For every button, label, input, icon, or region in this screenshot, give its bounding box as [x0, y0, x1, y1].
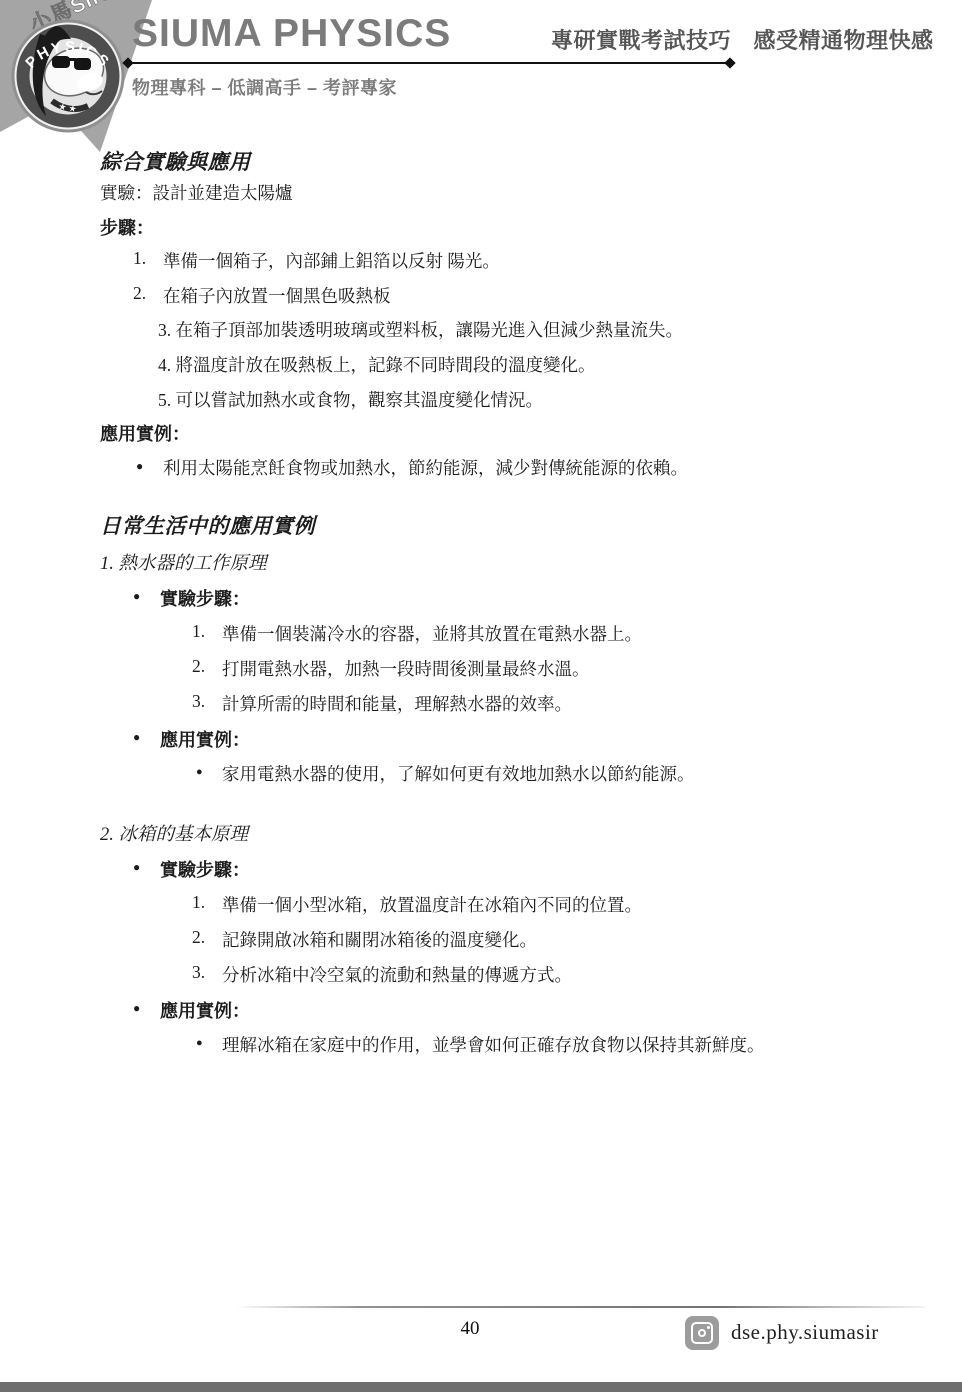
refrigerator-step-3: 3. 分析冰箱中冷空氣的流動和熱量的傳遞方式。 [0, 962, 962, 990]
section-title-daily: 日常生活中的應用實例 [0, 510, 962, 538]
instagram-icon [685, 1316, 719, 1350]
section-heading: 日常生活中的應用實例 [100, 510, 315, 540]
list-number: 1. [192, 621, 205, 642]
header-divider [128, 62, 730, 64]
bullet-icon: ● [133, 1001, 140, 1016]
bullet-icon: ● [133, 860, 140, 875]
bullet-icon: ● [133, 589, 140, 604]
water-heater-step-2: 2. 打開電熱水器，加熱一段時間後測量最終水溫。 [0, 656, 962, 684]
experiment-line: 實驗：設計並建造太陽爐 [0, 180, 962, 208]
bullet-icon: ● [196, 1037, 203, 1049]
bullet-icon: ● [196, 766, 203, 778]
refrigerator-step-2: 2. 記錄開啟冰箱和關閉冰箱後的溫度變化。 [0, 927, 962, 955]
steps-label: ● 實驗步驟： [0, 856, 962, 884]
application-label: ● 應用實例： [0, 997, 962, 1025]
page-bottom-bar [0, 1382, 962, 1392]
section-heading: 綜合實驗與應用 [100, 146, 251, 176]
camera-flash-icon [707, 1326, 710, 1329]
list-number: 3. [192, 962, 205, 983]
list-number: 1. [192, 892, 205, 913]
footer-divider [235, 1306, 925, 1308]
list-number: 3. [192, 691, 205, 712]
brand-title: SIUMA PHYSICS [132, 12, 451, 56]
solar-step-5: 5. 可以嘗試加熱水或食物，觀察其溫度變化情況。 [0, 387, 962, 415]
instagram-handle: dse.phy.siumasir [731, 1320, 879, 1345]
bullet-icon: ● [133, 730, 140, 745]
brand-subtitle: 物理專科 – 低調高手 – 考評專家 [132, 74, 397, 100]
steps-label: ● 實驗步驟： [0, 585, 962, 613]
water-heater-application-item: ● 家用電熱水器的使用，了解如何更有效地加熱水以節約能源。 [0, 761, 962, 789]
solar-step-3: 3. 在箱子頂部加裝透明玻璃或塑料板，讓陽光進入但減少熱量流失。 [0, 317, 962, 345]
solar-application-item: ● 利用太陽能烹飪食物或加熱水，節約能源，減少對傳統能源的依賴。 [0, 455, 962, 483]
subsection-heading-refrigerator: 2. 冰箱的基本原理 [0, 820, 962, 848]
camera-body-icon [691, 1322, 713, 1344]
camera-lens-icon [698, 1329, 706, 1337]
list-number: 2. [133, 283, 146, 304]
refrigerator-application-item: ● 理解冰箱在家庭中的作用，並學會如何正確存放食物以保持其新鮮度。 [0, 1032, 962, 1060]
solar-step-2: 2. 在箱子內放置一個黑色吸熱板 [0, 283, 962, 311]
water-heater-step-1: 1. 準備一個裝滿冷水的容器，並將其放置在電熱水器上。 [0, 621, 962, 649]
application-label: 應用實例： [0, 420, 962, 448]
divider-diamond-right-icon [724, 57, 735, 68]
subsection-heading-water-heater: 1. 熱水器的工作原理 [0, 549, 962, 577]
list-number: 2. [192, 656, 205, 677]
section-title-solar: 綜合實驗與應用 [0, 146, 962, 174]
steps-label: 步驟： [0, 214, 962, 242]
header-tagline: 專研實戰考試技巧 感受精通物理快感 [551, 24, 934, 55]
bullet-icon: ● [136, 459, 143, 474]
solar-step-4: 4. 將溫度計放在吸熱板上，記錄不同時間段的溫度變化。 [0, 352, 962, 380]
refrigerator-step-1: 1. 準備一個小型冰箱，放置溫度計在冰箱內不同的位置。 [0, 892, 962, 920]
solar-step-1: 1. 準備一個箱子，內部鋪上鋁箔以反射 陽光。 [0, 248, 962, 276]
application-label: ● 應用實例： [0, 726, 962, 754]
list-number: 1. [133, 248, 146, 269]
list-number: 2. [192, 927, 205, 948]
water-heater-step-3: 3. 計算所需的時間和能量，理解熱水器的效率。 [0, 691, 962, 719]
